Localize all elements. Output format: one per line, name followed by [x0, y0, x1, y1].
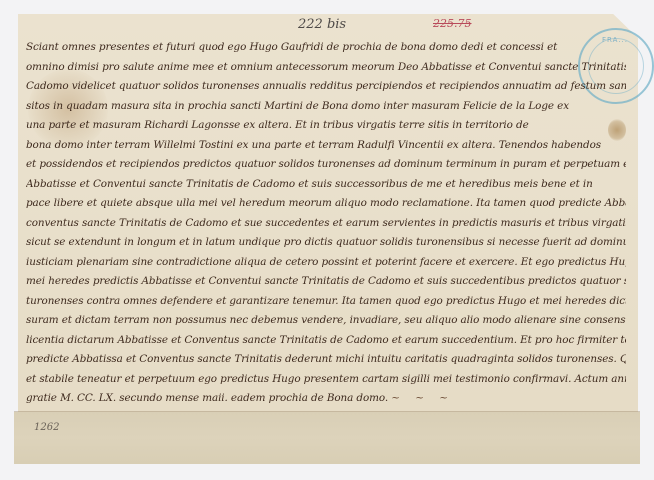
shelfmark-annotation: 222 bis — [298, 17, 346, 32]
text-line: et possidendos et recipiendos predictos … — [26, 155, 626, 175]
date-annotation: 1262 — [34, 422, 59, 433]
text-line: Abbatisse et Conventui sancte Trinitatis… — [26, 175, 626, 195]
closing-line: gratie M. CC. LX. secundo mense maii. ea… — [26, 392, 388, 404]
text-line: conventus sancte Trinitatis de Cadomo et… — [26, 214, 626, 234]
text-line: una parte et masuram Richardi Lagonsse e… — [26, 116, 626, 136]
text-line: sitos in quadam masura sita in prochia s… — [26, 97, 626, 117]
charter-text: Sciant omnes presentes et futuri quod eg… — [26, 38, 626, 409]
old-number-annotation: 225.75 — [433, 17, 472, 30]
text-line: suram et dictam terram non possumus nec … — [26, 311, 626, 331]
text-line: pace libere et quiete absque ulla mei ve… — [26, 194, 626, 214]
text-line: predicte Abbatissa et Conventus sancte T… — [26, 350, 626, 370]
text-line: licentia dictarum Abbatisse et Conventus… — [26, 331, 626, 351]
text-line: bona domo inter terram Willelmi Tostini … — [26, 136, 626, 156]
text-line: omnino dimisi pro salute anime mee et om… — [26, 58, 626, 78]
fold-strip: 1262 — [14, 412, 640, 464]
line-filler: ~ ~ ~ — [391, 392, 454, 404]
text-line: sicut se extendunt in longum et in latum… — [26, 233, 626, 253]
text-line: turonenses contra omnes defendere et gar… — [26, 292, 626, 312]
text-line: Cadomo videlicet quatuor solidos turonen… — [26, 77, 626, 97]
text-line: et stabile teneatur et perpetuum ego pre… — [26, 370, 626, 390]
text-line: Sciant omnes presentes et futuri quod eg… — [26, 38, 626, 58]
text-line: gratie M. CC. LX. secundo mense maii. ea… — [26, 389, 626, 409]
text-line: mei heredes predictis Abbatisse et Conve… — [26, 272, 626, 292]
text-line: iusticiam plenariam sine contradictione … — [26, 253, 626, 273]
